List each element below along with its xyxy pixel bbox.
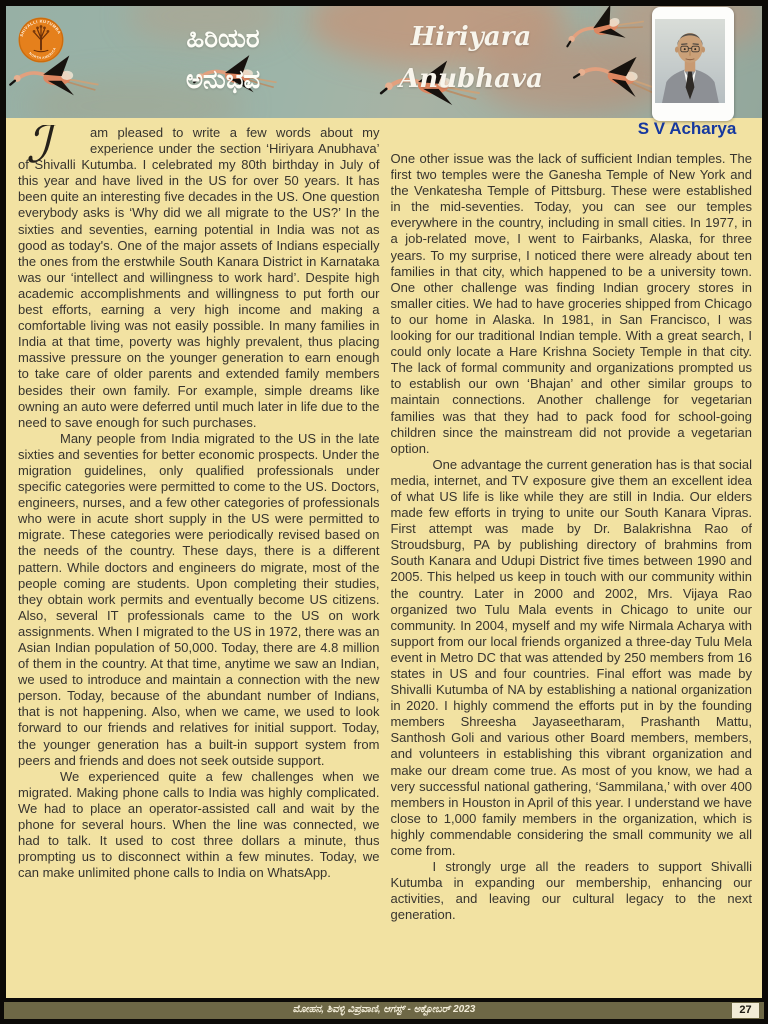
article-paragraph: One other issue was the lack of sufficie… [391, 151, 753, 457]
article-columns: ℐam pleased to write a few words about m… [6, 118, 762, 993]
article-body: ℐam pleased to write a few words about m… [6, 118, 762, 998]
page-number: 27 [732, 1003, 759, 1018]
section-title-english-line1: Hiriyara [396, 16, 546, 58]
article-paragraph: Many people from India migrated to the U… [18, 431, 380, 769]
header-banner: SHIVALLI KUTUMBA NORTH AMERICA ಹಿರಿಯರ ಅನ… [6, 6, 762, 118]
article-paragraph: ℐam pleased to write a few words about m… [18, 125, 380, 431]
footer-band: ಮೋಹನ, ಶಿವಳ್ಳಿ ವಿಪ್ರವಾಣಿ, ಆಗಸ್ಟ್ - ಅಕ್ಟೋಬ… [4, 1002, 764, 1019]
section-title-kannada: ಹಿರಿಯರ ಅನುಭವ [158, 18, 288, 100]
article-paragraph: One advantage the current generation has… [391, 457, 753, 859]
article-paragraph: I strongly urge all the readers to suppo… [391, 859, 753, 923]
section-title-kannada-line2: ಅನುಭವ [158, 59, 288, 100]
magazine-page: SHIVALLI KUTUMBA NORTH AMERICA ಹಿರಿಯರ ಅನ… [0, 0, 768, 1024]
drop-cap: ℐ [18, 125, 90, 155]
footer-issue-text: ಮೋಹನ, ಶಿವಳ್ಳಿ ವಿಪ್ರವಾಣಿ, ಆಗಸ್ಟ್ - ಅಕ್ಟೋಬ… [4, 1004, 764, 1015]
section-title-english: Hiriyara Anubhava [396, 16, 546, 100]
article-paragraph: We experienced quite a few challenges wh… [18, 769, 380, 882]
article-column-2: One other issue was the lack of sufficie… [391, 125, 753, 993]
shivalli-kutumba-logo: SHIVALLI KUTUMBA NORTH AMERICA [15, 14, 67, 66]
section-title-kannada-line1: ಹಿರಿಯರ [158, 18, 288, 59]
author-name: S V Acharya [612, 119, 762, 139]
section-title-english-line2: Anubhava [396, 58, 546, 100]
paragraph-text: am pleased to write a few words about my… [18, 125, 380, 430]
author-photo [652, 7, 734, 121]
article-column-1: ℐam pleased to write a few words about m… [18, 125, 380, 993]
